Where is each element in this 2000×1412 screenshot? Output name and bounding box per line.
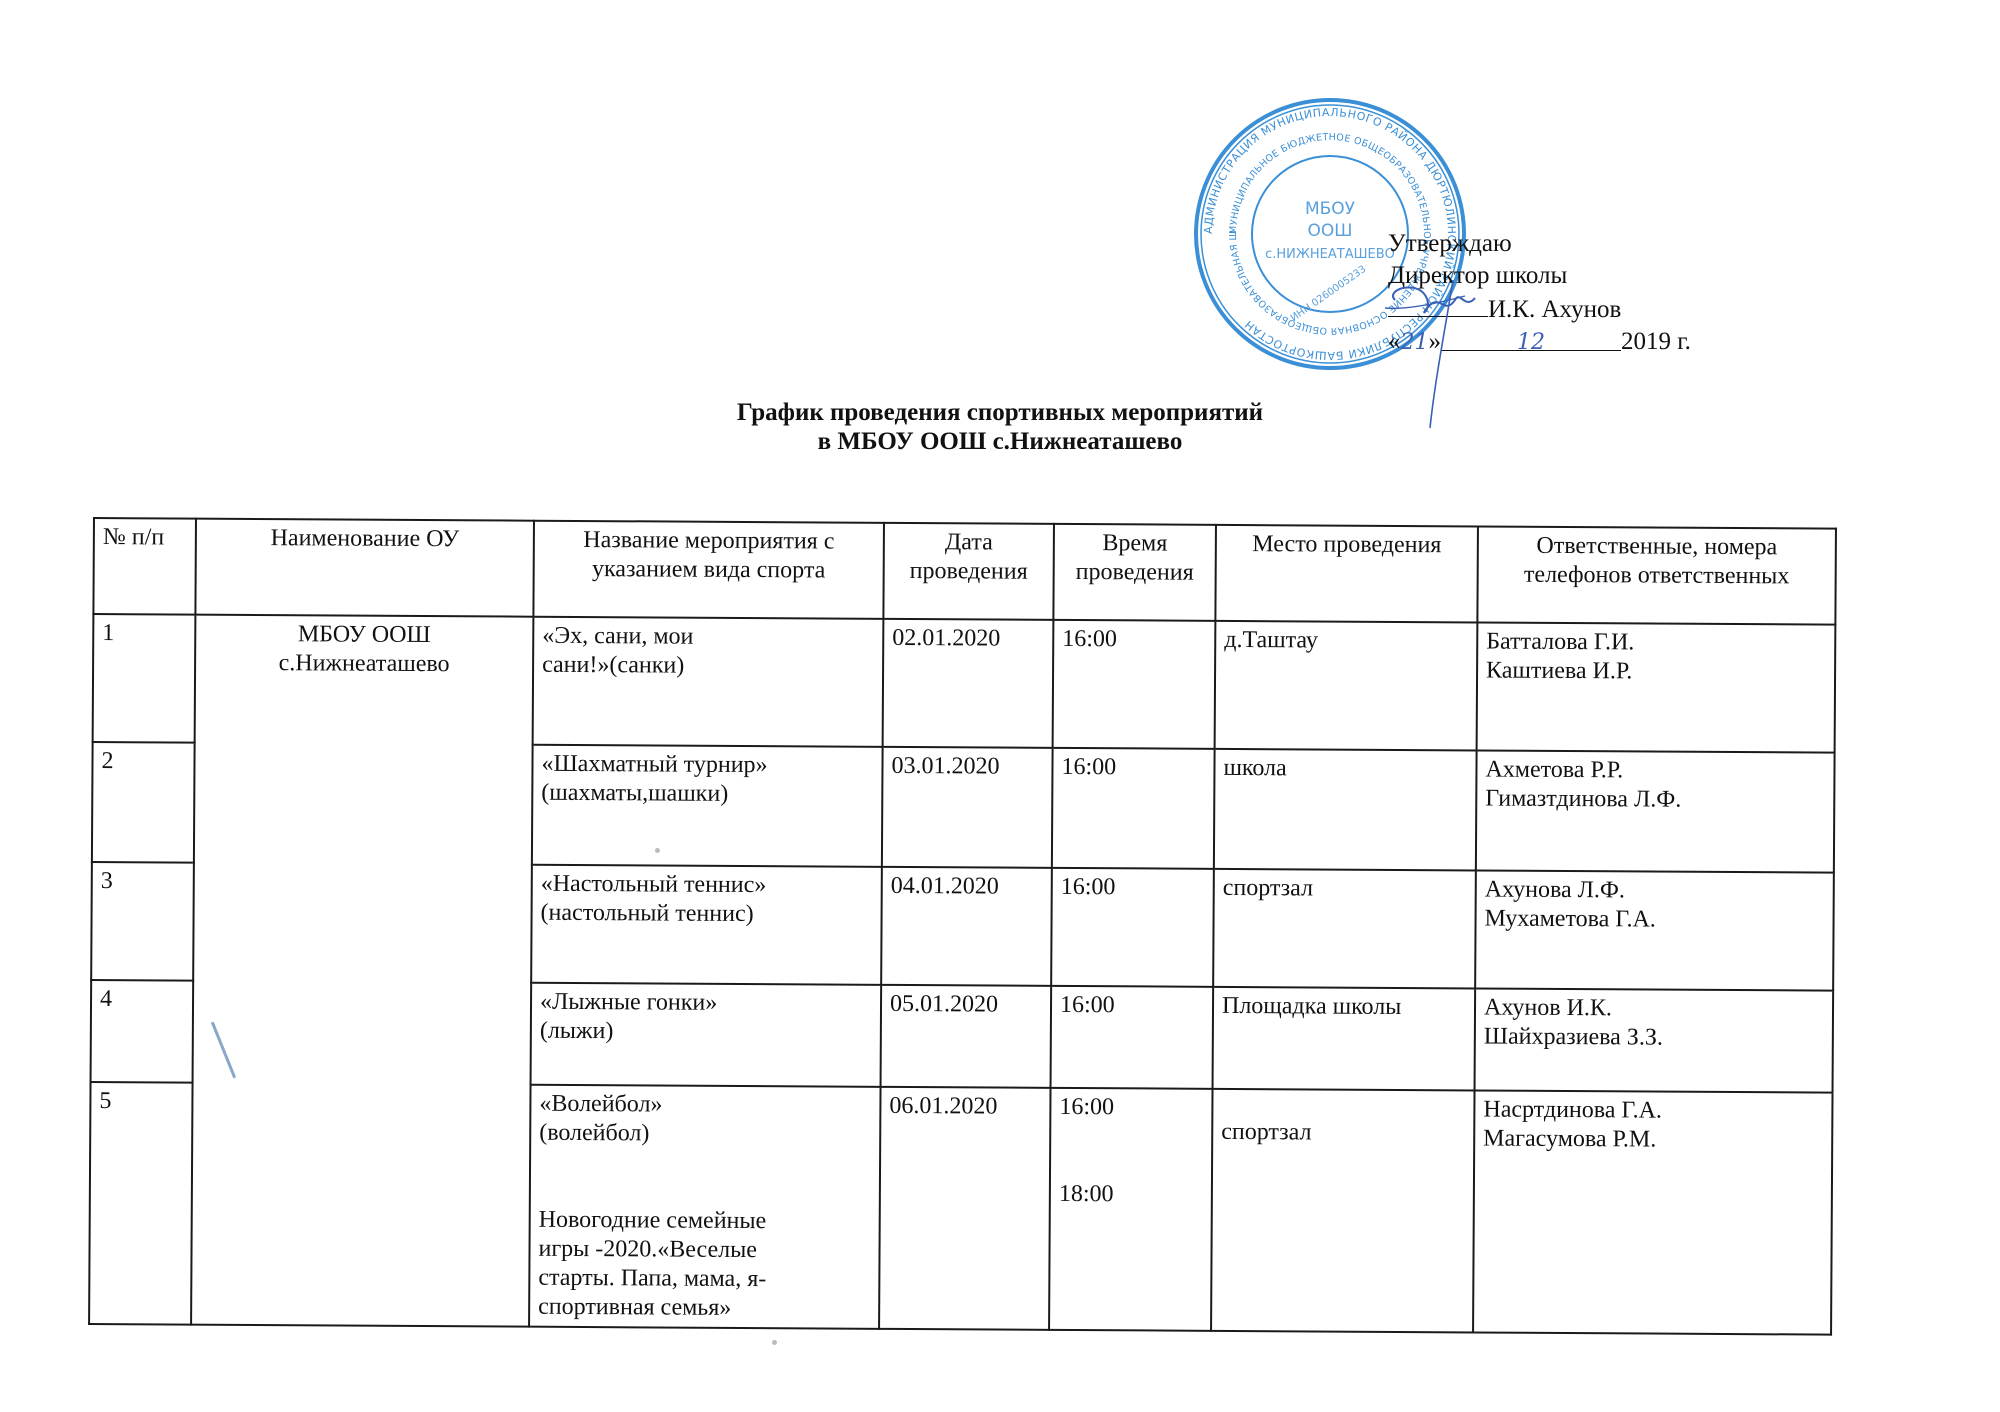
event-cell: «Настольный теннис»(настольный теннис): [531, 865, 882, 985]
spacer: [539, 1148, 871, 1208]
responsible-cell: Ахунов И.К.Шайхразиева З.З.: [1475, 988, 1834, 1092]
event-sport: (настольный теннис): [540, 899, 872, 930]
ou-name-line2: с.Нижнеаташево: [204, 649, 524, 680]
time-cell: 16:00: [1051, 986, 1214, 1089]
header-time: Время проведения: [1053, 524, 1216, 621]
event-sport: (шахматы,шашки): [541, 779, 873, 810]
date-cell: 04.01.2020: [881, 867, 1052, 986]
event2-line4: спортивная семья»: [538, 1293, 870, 1324]
event2-line1: Новогодние семейные: [539, 1206, 871, 1237]
event-title: «Лыжные гонки»: [540, 988, 872, 1019]
responsible-cell: Ахунова Л.Ф.Мухаметова Г.А.: [1475, 870, 1834, 990]
responsible-1: Насртдинова Г.А.: [1483, 1096, 1823, 1127]
time-cell: 16:00: [1053, 620, 1216, 749]
header-place: Место проведения: [1215, 525, 1478, 623]
table-row: 1 МБОУ ООШ с.Нижнеаташево «Эх, сани, мои…: [93, 614, 1836, 753]
responsible-2: Гимазтдинова Л.Ф.: [1485, 785, 1825, 816]
header-num: № п/п: [93, 518, 196, 615]
table-header-row: № п/п Наименование ОУ Название мероприят…: [93, 518, 1836, 625]
header-ou-text: Наименование ОУ: [271, 525, 460, 552]
event-title: «Настольный теннис»: [541, 870, 873, 901]
title-line2: в МБОУ ООШ с.Нижнеаташево: [0, 427, 2000, 456]
place-cell: спортзал: [1211, 1089, 1474, 1333]
header-responsible: Ответственные, номера телефонов ответств…: [1477, 526, 1836, 624]
event2-line3: старты. Папа, мама, я-: [538, 1264, 870, 1295]
director-name: И.К. Ахунов: [1488, 296, 1621, 323]
date-month: 12: [1517, 330, 1545, 355]
responsible-cell: Ахметова Р.Р.Гимазтдинова Л.Ф.: [1476, 750, 1835, 872]
row-num: 3: [91, 862, 194, 981]
event-cell: «Эх, сани, моисани!»(санки): [533, 617, 884, 747]
time-cell: 16:00: [1052, 748, 1215, 869]
title-line1: График проведения спортивных мероприятий: [0, 398, 2000, 427]
header-date: Дата проведения: [883, 523, 1054, 620]
place-cell: спортзал: [1213, 869, 1476, 989]
event-title: «Волейбол»: [539, 1090, 871, 1121]
responsible-2: Магасумова Р.М.: [1483, 1125, 1823, 1156]
spacer: [1059, 1122, 1203, 1181]
date-year: 2019 г.: [1621, 328, 1691, 355]
header-event: Название мероприятия с указанием вида сп…: [533, 521, 884, 619]
event-cell: «Шахматный турнир»(шахматы,шашки): [532, 745, 883, 867]
time-cell: 16:00: [1051, 868, 1214, 987]
ou-name-cell: МБОУ ООШ с.Нижнеаташево: [191, 615, 533, 1327]
time-1: 16:00: [1059, 1093, 1203, 1123]
place-cell: д.Таштау: [1215, 621, 1478, 751]
responsible-2: Каштиева И.Р.: [1486, 657, 1826, 688]
row-num: 4: [91, 980, 194, 1083]
document-title: График проведения спортивных мероприятий…: [0, 398, 2000, 456]
approval-heading: Утверждаю: [1388, 228, 1691, 260]
event-title: «Шахматный турнир»: [541, 750, 873, 781]
scan-speck: [772, 1340, 777, 1345]
stamp-center-line1: МБОУ: [1305, 199, 1356, 219]
date-cell: 05.01.2020: [881, 985, 1052, 1088]
event-title: «Эх, сани, мои: [542, 622, 874, 653]
place-text: спортзал: [1221, 1118, 1465, 1148]
stamp-inn: ИНН 0260005233: [1289, 264, 1368, 324]
responsible-cell: Батталова Г.И.Каштиева И.Р.: [1477, 622, 1836, 752]
row-num: 5: [89, 1082, 192, 1325]
row-num: 2: [92, 742, 195, 863]
responsible-1: Ахунова Л.Ф.: [1485, 876, 1825, 907]
place-cell: Площадка школы: [1213, 987, 1476, 1091]
header-ou: Наименование ОУ: [195, 519, 534, 617]
scan-speck: [655, 848, 660, 853]
responsible-2: Шайхразиева З.З.: [1484, 1023, 1824, 1054]
row-num: 1: [93, 614, 196, 743]
responsible-1: Ахметова Р.Р.: [1485, 756, 1825, 787]
responsible-1: Ахунов И.К.: [1484, 994, 1824, 1025]
event-sport: (волейбол): [539, 1119, 871, 1150]
date-cell: 02.01.2020: [883, 619, 1054, 748]
ou-name-line1: МБОУ ООШ: [204, 620, 524, 651]
event-cell: «Лыжные гонки»(лыжи): [531, 983, 882, 1087]
responsible-cell: Насртдинова Г.А.Магасумова Р.М.: [1473, 1090, 1832, 1334]
event-sport: (лыжи): [540, 1017, 872, 1048]
event2-line2: игры -2020.«Веселые: [538, 1235, 870, 1266]
time-cell: 16:00 18:00: [1049, 1088, 1212, 1331]
schedule-table: № п/п Наименование ОУ Название мероприят…: [88, 517, 1837, 1336]
date-cell: 03.01.2020: [882, 747, 1053, 868]
responsible-1: Батталова Г.И.: [1486, 628, 1826, 659]
responsible-2: Мухаметова Г.А.: [1484, 905, 1824, 936]
stamp-center-line2: ООШ: [1308, 221, 1353, 241]
event-sport: сани!»(санки): [542, 651, 874, 682]
spacer: [1221, 1094, 1465, 1119]
time-2: 18:00: [1059, 1180, 1203, 1210]
date-cell: 06.01.2020: [879, 1087, 1050, 1330]
event-cell: «Волейбол» (волейбол) Новогодние семейны…: [529, 1085, 880, 1329]
place-cell: школа: [1214, 749, 1477, 871]
